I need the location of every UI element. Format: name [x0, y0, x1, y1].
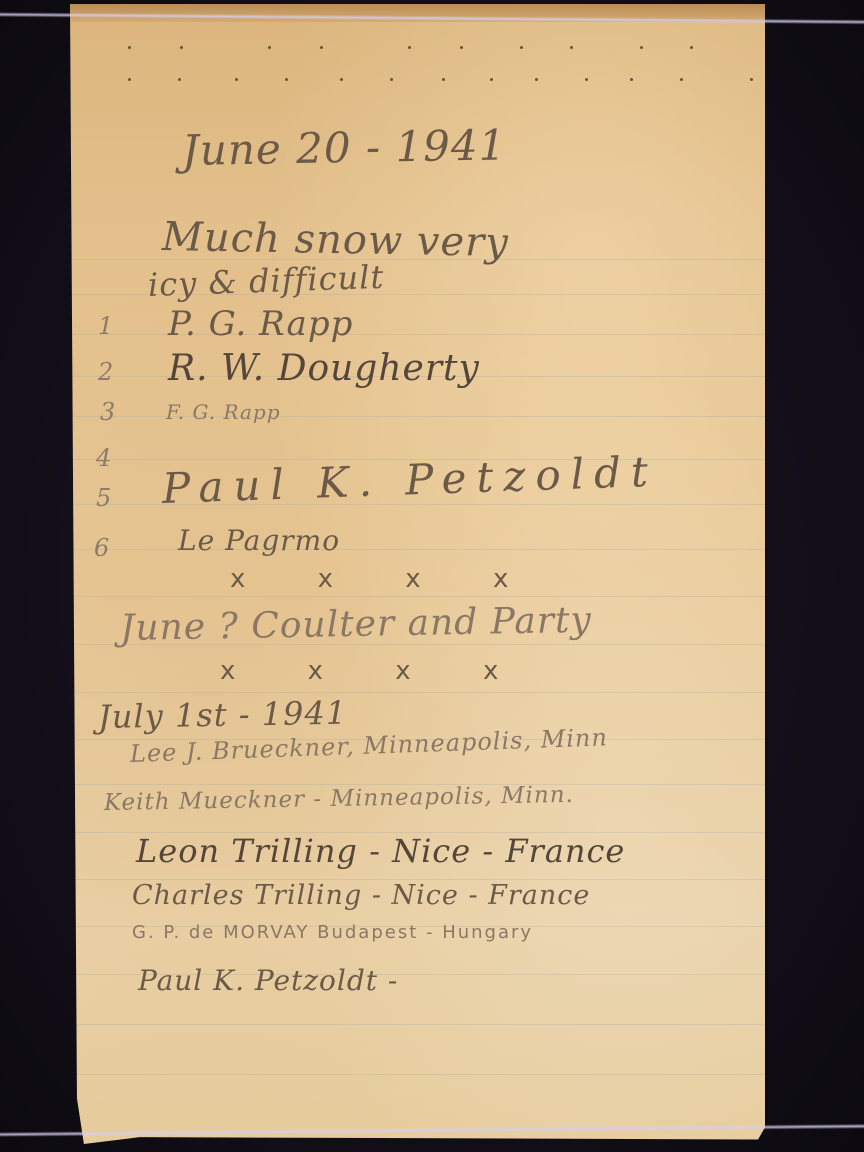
june-entry: June ? Coulter and Party: [120, 600, 593, 649]
entry-number: 1: [98, 312, 113, 340]
x-marks-row: x x x x: [230, 564, 540, 594]
entry-number: 6: [94, 534, 109, 562]
entry-name: F. G. Rapp: [166, 400, 281, 424]
paper-sheet: June 20 - 1941 Much snow very icy & diff…: [70, 4, 765, 1144]
perforation-row: [70, 78, 765, 84]
x-marks-row: x x x x: [220, 656, 530, 686]
entry-number: 2: [98, 358, 113, 386]
entry-name: P. G. Rapp: [168, 304, 353, 344]
entry-name: R. W. Dougherty: [168, 348, 480, 389]
entry-number: 5: [96, 484, 111, 512]
july-heading: July 1st - 1941: [98, 694, 348, 736]
later-entry: Charles Trilling - Nice - France: [132, 880, 590, 911]
later-entry: Paul K. Petzoldt -: [138, 964, 398, 997]
note-line-1: Much snow very: [162, 214, 510, 266]
entry-name: Le Pagrmo: [178, 524, 340, 557]
photo-frame: June 20 - 1941 Much snow very icy & diff…: [0, 0, 864, 1152]
date-heading: June 20 - 1941: [182, 120, 507, 175]
note-line-2: icy & difficult: [147, 258, 385, 304]
later-entry: Leon Trilling - Nice - France: [136, 832, 625, 870]
later-entry: G. P. de MORVAY Budapest - Hungary: [132, 922, 533, 943]
entry-number: 4: [96, 444, 111, 472]
entry-number: 3: [100, 398, 115, 426]
perforation-row: [70, 46, 765, 52]
later-entry: Keith Mueckner - Minneapolis, Minn.: [104, 782, 574, 816]
